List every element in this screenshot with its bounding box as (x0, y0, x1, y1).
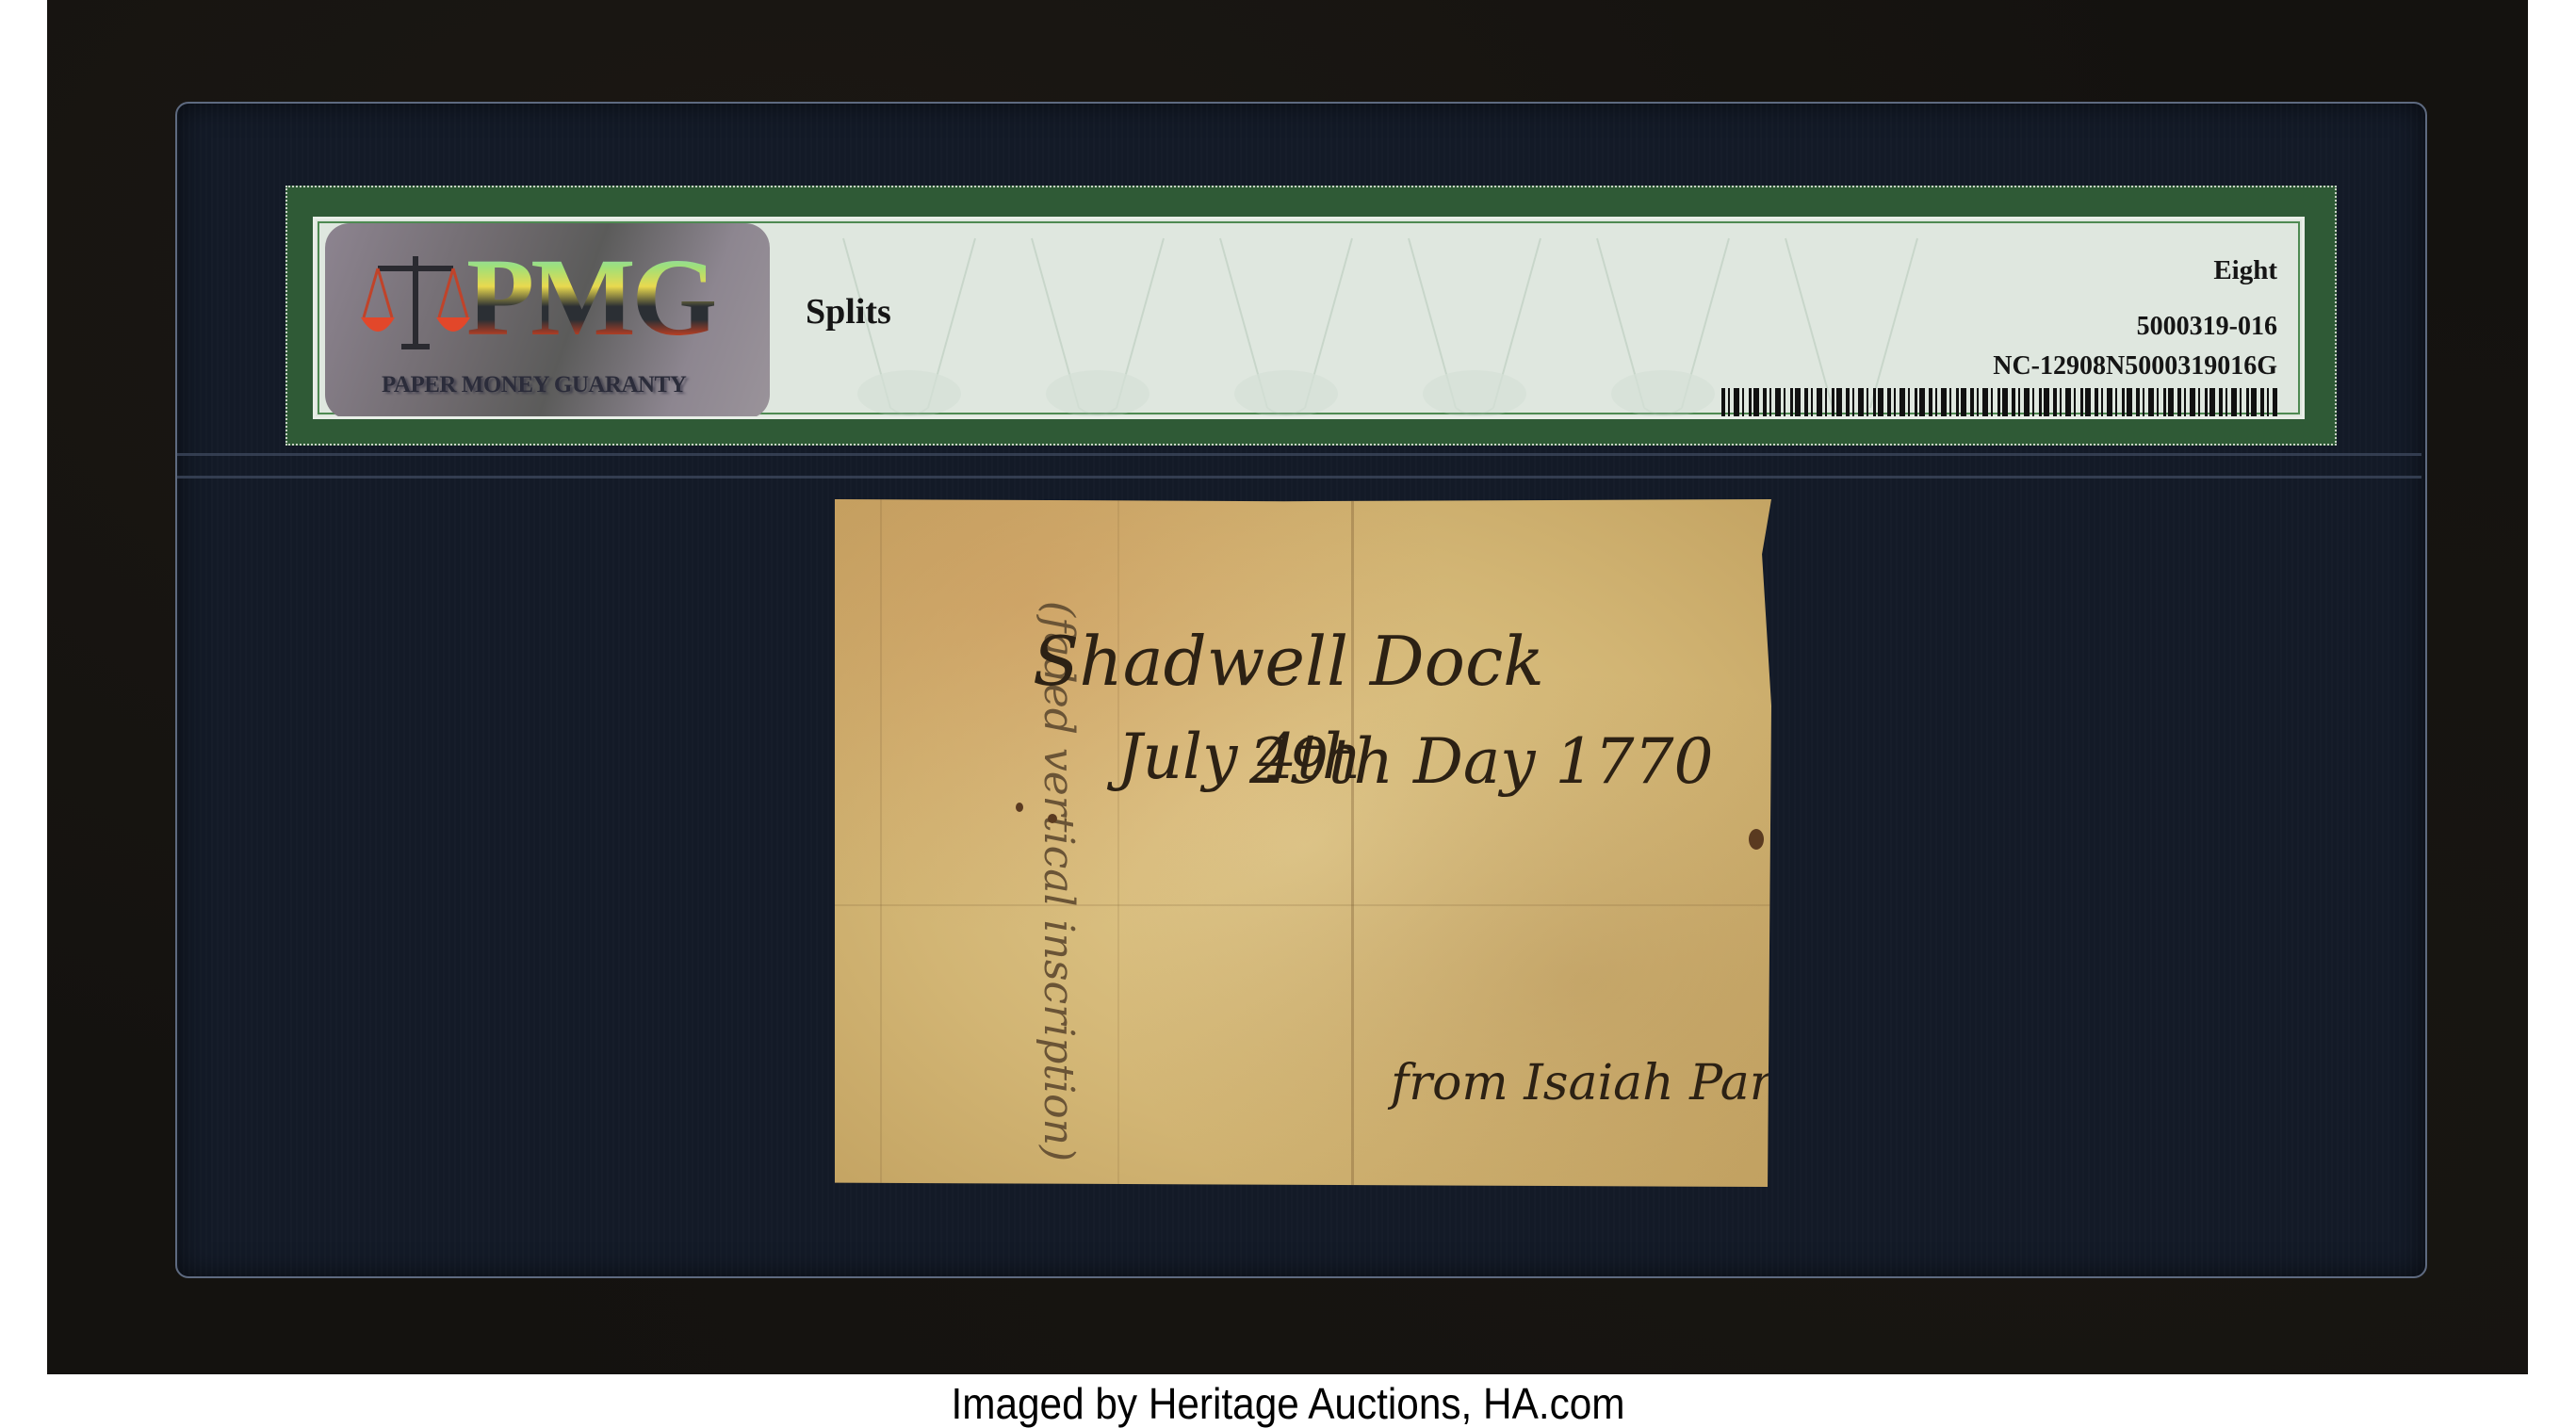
catalog-code: NC-12908N5000319016G (1993, 351, 2277, 381)
label-panel: PMG PAPER MONEY GUARANTY Splits Eight 50… (313, 217, 2305, 419)
fold-line (1117, 499, 1119, 1187)
scales-of-justice-icon (359, 252, 472, 355)
pmg-brand-subtitle: PAPER MONEY GUARANTY (382, 372, 686, 398)
image-credit: Imaged by Heritage Auctions, HA.com (103, 1378, 2472, 1428)
pmg-hologram-logo: PMG PAPER MONEY GUARANTY (325, 223, 770, 419)
grade-text: Eight (2213, 255, 2277, 286)
grading-label: PMG PAPER MONEY GUARANTY Splits Eight 50… (285, 186, 2337, 446)
ink-stain (1016, 803, 1023, 812)
fold-line (1351, 499, 1354, 1187)
handwritten-place: Shadwell Dock (1033, 622, 1544, 701)
handwritten-signature: from Isaiah Pare (1391, 1055, 1802, 1112)
holder-seal-line (177, 476, 2421, 479)
banknote: (faded vertical inscription) Shadwell Do… (835, 499, 1771, 1187)
handwritten-date: 29th Day 1770 (1249, 725, 1714, 798)
barcode (1721, 388, 2277, 419)
fold-line (880, 499, 882, 1187)
ink-stain (1048, 814, 1057, 823)
pmg-brand-text: PMG (466, 242, 714, 353)
holder-seal-line (177, 453, 2421, 456)
ink-stain (1749, 829, 1764, 850)
cert-number: 5000319-016 (2137, 312, 2277, 342)
fold-line (835, 904, 1771, 906)
note-designation: Splits (806, 291, 891, 333)
